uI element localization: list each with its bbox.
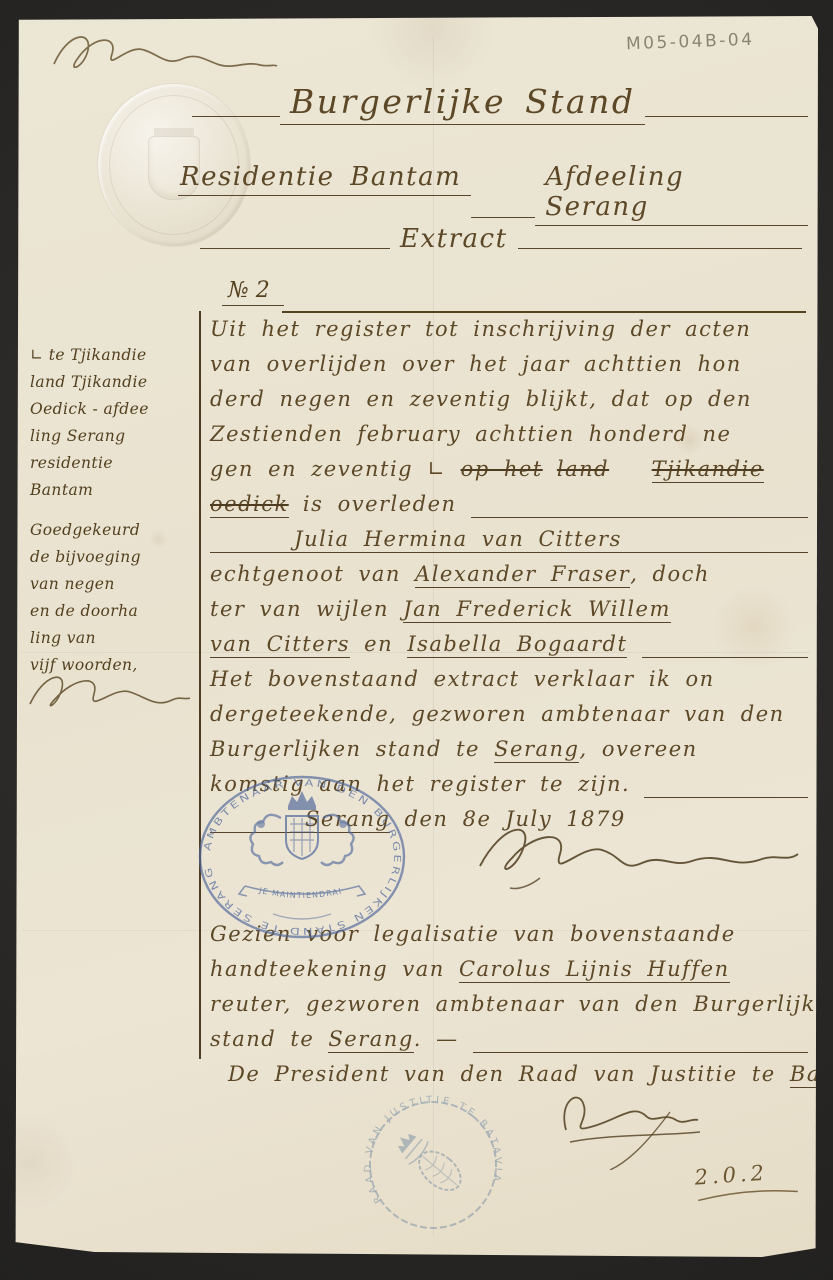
afdeeling-label: Afdeeling Serang: [535, 162, 808, 226]
text-segment: land: [557, 457, 609, 481]
rule-fill: [471, 515, 808, 518]
margin-note-line: Goedgekeurd: [30, 517, 198, 544]
serang-civil-registry-stamp: AMBTENAAR VAN DEN BURGERLIJKEN STAND TE …: [193, 772, 411, 946]
document-line: Uit het register tot inschrijving der ac…: [210, 317, 808, 352]
document-line: echtgenoot van Alexander Fraser, doch: [210, 562, 808, 597]
top-left-initials-signature: [48, 24, 280, 80]
text-segment: van Citters: [210, 632, 350, 658]
document-line: Burgerlijken stand te Serang, overeen: [210, 737, 808, 772]
scanned-archive-photo: { "annotations": { "pencil_code": "M05-0…: [0, 0, 833, 1280]
document-line: reuter, gezworen ambtenaar van den Burge…: [210, 992, 808, 1027]
margin-note-line: ling van: [30, 625, 198, 652]
rule-fill: [473, 1050, 808, 1053]
frame-top-rule: [282, 311, 806, 313]
text-segment: [543, 457, 557, 481]
document-line: Het bovenstaand extract verklaar ik on: [210, 667, 808, 702]
act-number: № 2: [222, 278, 284, 306]
rule-line: [471, 217, 535, 218]
rule-line: [200, 248, 390, 249]
text-segment: Zestienden february achttien honderd ne: [210, 422, 731, 446]
rule-line: [192, 116, 280, 117]
text-segment: [609, 457, 652, 481]
document-paper: M05-04B-04 Burgerlijke Stand Residentie …: [14, 16, 818, 1262]
text-segment: ter van wijlen: [210, 597, 403, 621]
text-segment: Tjikandie: [652, 457, 764, 483]
document-line: handteekening van Carolus Lijnis Huffen: [210, 957, 808, 992]
residentie-label: Residentie Bantam: [178, 162, 471, 196]
text-segment: gen en zeventig: [210, 457, 427, 481]
document-line: van overlijden over het jaar achttien ho…: [210, 352, 808, 387]
document-line: stand te Serang. —: [210, 1027, 808, 1062]
text-segment: Burgerlijken stand te: [210, 737, 494, 761]
text-segment: stand te: [210, 1027, 328, 1051]
document-line: Julia Hermina van Citters: [210, 527, 808, 562]
rule-line: [645, 116, 808, 117]
text-segment: ∟: [427, 457, 460, 481]
ink-archive-code: 2.0.2: [694, 1158, 800, 1203]
text-segment: Carolus Lijnis Huffen: [459, 957, 730, 983]
president-signature: [548, 1078, 722, 1170]
margin-note-line: Bantam: [30, 477, 198, 504]
text-segment: oedick: [210, 492, 289, 518]
text-segment: reuter, gezworen ambtenaar van den Burge…: [210, 992, 833, 1016]
text-segment: echtgenoot van: [210, 562, 415, 586]
text-segment: handteekening van: [210, 957, 459, 981]
text-segment: Uit het register tot inschrijving der ac…: [210, 317, 751, 341]
text-segment: Serang: [328, 1027, 413, 1053]
text-segment: dergeteekende, gezworen ambtenaar van de…: [210, 702, 785, 726]
document-title: Burgerlijke Stand: [280, 82, 645, 125]
text-segment: Batavia: [790, 1062, 833, 1088]
document-line: Zestienden february achttien honderd ne: [210, 422, 808, 457]
document-line: van Citters en Isabella Bogaardt: [210, 632, 808, 667]
margin-note-line: ling Serang: [30, 423, 198, 450]
rule-line: [518, 248, 802, 249]
document-line: oedick is overleden: [210, 492, 808, 527]
margin-note-line: Oedick - afdee: [30, 396, 198, 423]
text-segment: , doch: [630, 562, 710, 586]
text-segment: Julia Hermina van Citters: [280, 527, 636, 553]
margin-initials-signature: [22, 664, 194, 720]
margin-note-line: de bijvoeging: [30, 544, 198, 571]
text-segment: Het bovenstaand extract verklaar ik on: [210, 667, 715, 691]
text-segment: . —: [414, 1027, 473, 1051]
text-segment: en: [350, 632, 407, 656]
ink-archive-code-text: 2.0.2: [694, 1161, 769, 1190]
stamp-motto-text: JE MAINTIENDRAI: [257, 886, 343, 900]
margin-note-line: residentie: [30, 450, 198, 477]
frame-left-rule: [199, 311, 201, 1059]
extract-row: Extract: [200, 224, 802, 257]
document-title-row: Burgerlijke Stand: [192, 82, 808, 125]
text-segment: derd negen en zeventig blijkt, dat op de…: [210, 387, 752, 411]
document-line: dergeteekende, gezworen ambtenaar van de…: [210, 702, 808, 737]
margin-note-gap: [30, 504, 198, 517]
document-line: gen en zeventig ∟ op het land Tjikandie: [210, 457, 808, 492]
text-segment: Alexander Fraser: [415, 562, 630, 588]
text-segment: [627, 632, 641, 656]
margin-note-line: van negen: [30, 571, 198, 598]
rule-fill: [642, 655, 808, 658]
svg-text:JE MAINTIENDRAI: JE MAINTIENDRAI: [257, 886, 343, 900]
text-segment: op het: [461, 457, 543, 481]
text-segment: is overleden: [289, 492, 471, 516]
pencil-archive-code: M05-04B-04: [626, 30, 755, 54]
rule-fill: [644, 795, 808, 798]
text-segment: van overlijden over het jaar achttien ho…: [210, 352, 742, 376]
body-text: Uit het register tot inschrijving der ac…: [210, 317, 808, 1097]
margin-note-line: land Tjikandie: [30, 369, 198, 396]
margin-note-line: en de doorha: [30, 598, 198, 625]
text-segment: Jan Frederick Willem: [403, 597, 671, 623]
text-segment: Serang: [494, 737, 579, 763]
text-segment: Isabella Bogaardt: [407, 632, 627, 658]
margin-note-line: ∟ te Tjikandie: [30, 342, 198, 369]
rule-fill: [636, 550, 808, 553]
document-line: derd negen en zeventig blijkt, dat op de…: [210, 387, 808, 422]
rule-fill: [210, 550, 280, 553]
document-line: ter van wijlen Jan Frederick Willem: [210, 597, 808, 632]
officiant-signature: [470, 814, 804, 892]
residentie-row: Residentie Bantam Afdeeling Serang: [178, 162, 808, 226]
margin-notes: ∟ te Tjikandieland TjikandieOedick - afd…: [30, 342, 198, 679]
extract-label: Extract: [390, 224, 518, 257]
text-segment: , overeen: [579, 737, 697, 761]
raad-van-justitie-stamp: RAAD VAN JUSTITIE TE BATAVIA: [358, 1090, 508, 1244]
